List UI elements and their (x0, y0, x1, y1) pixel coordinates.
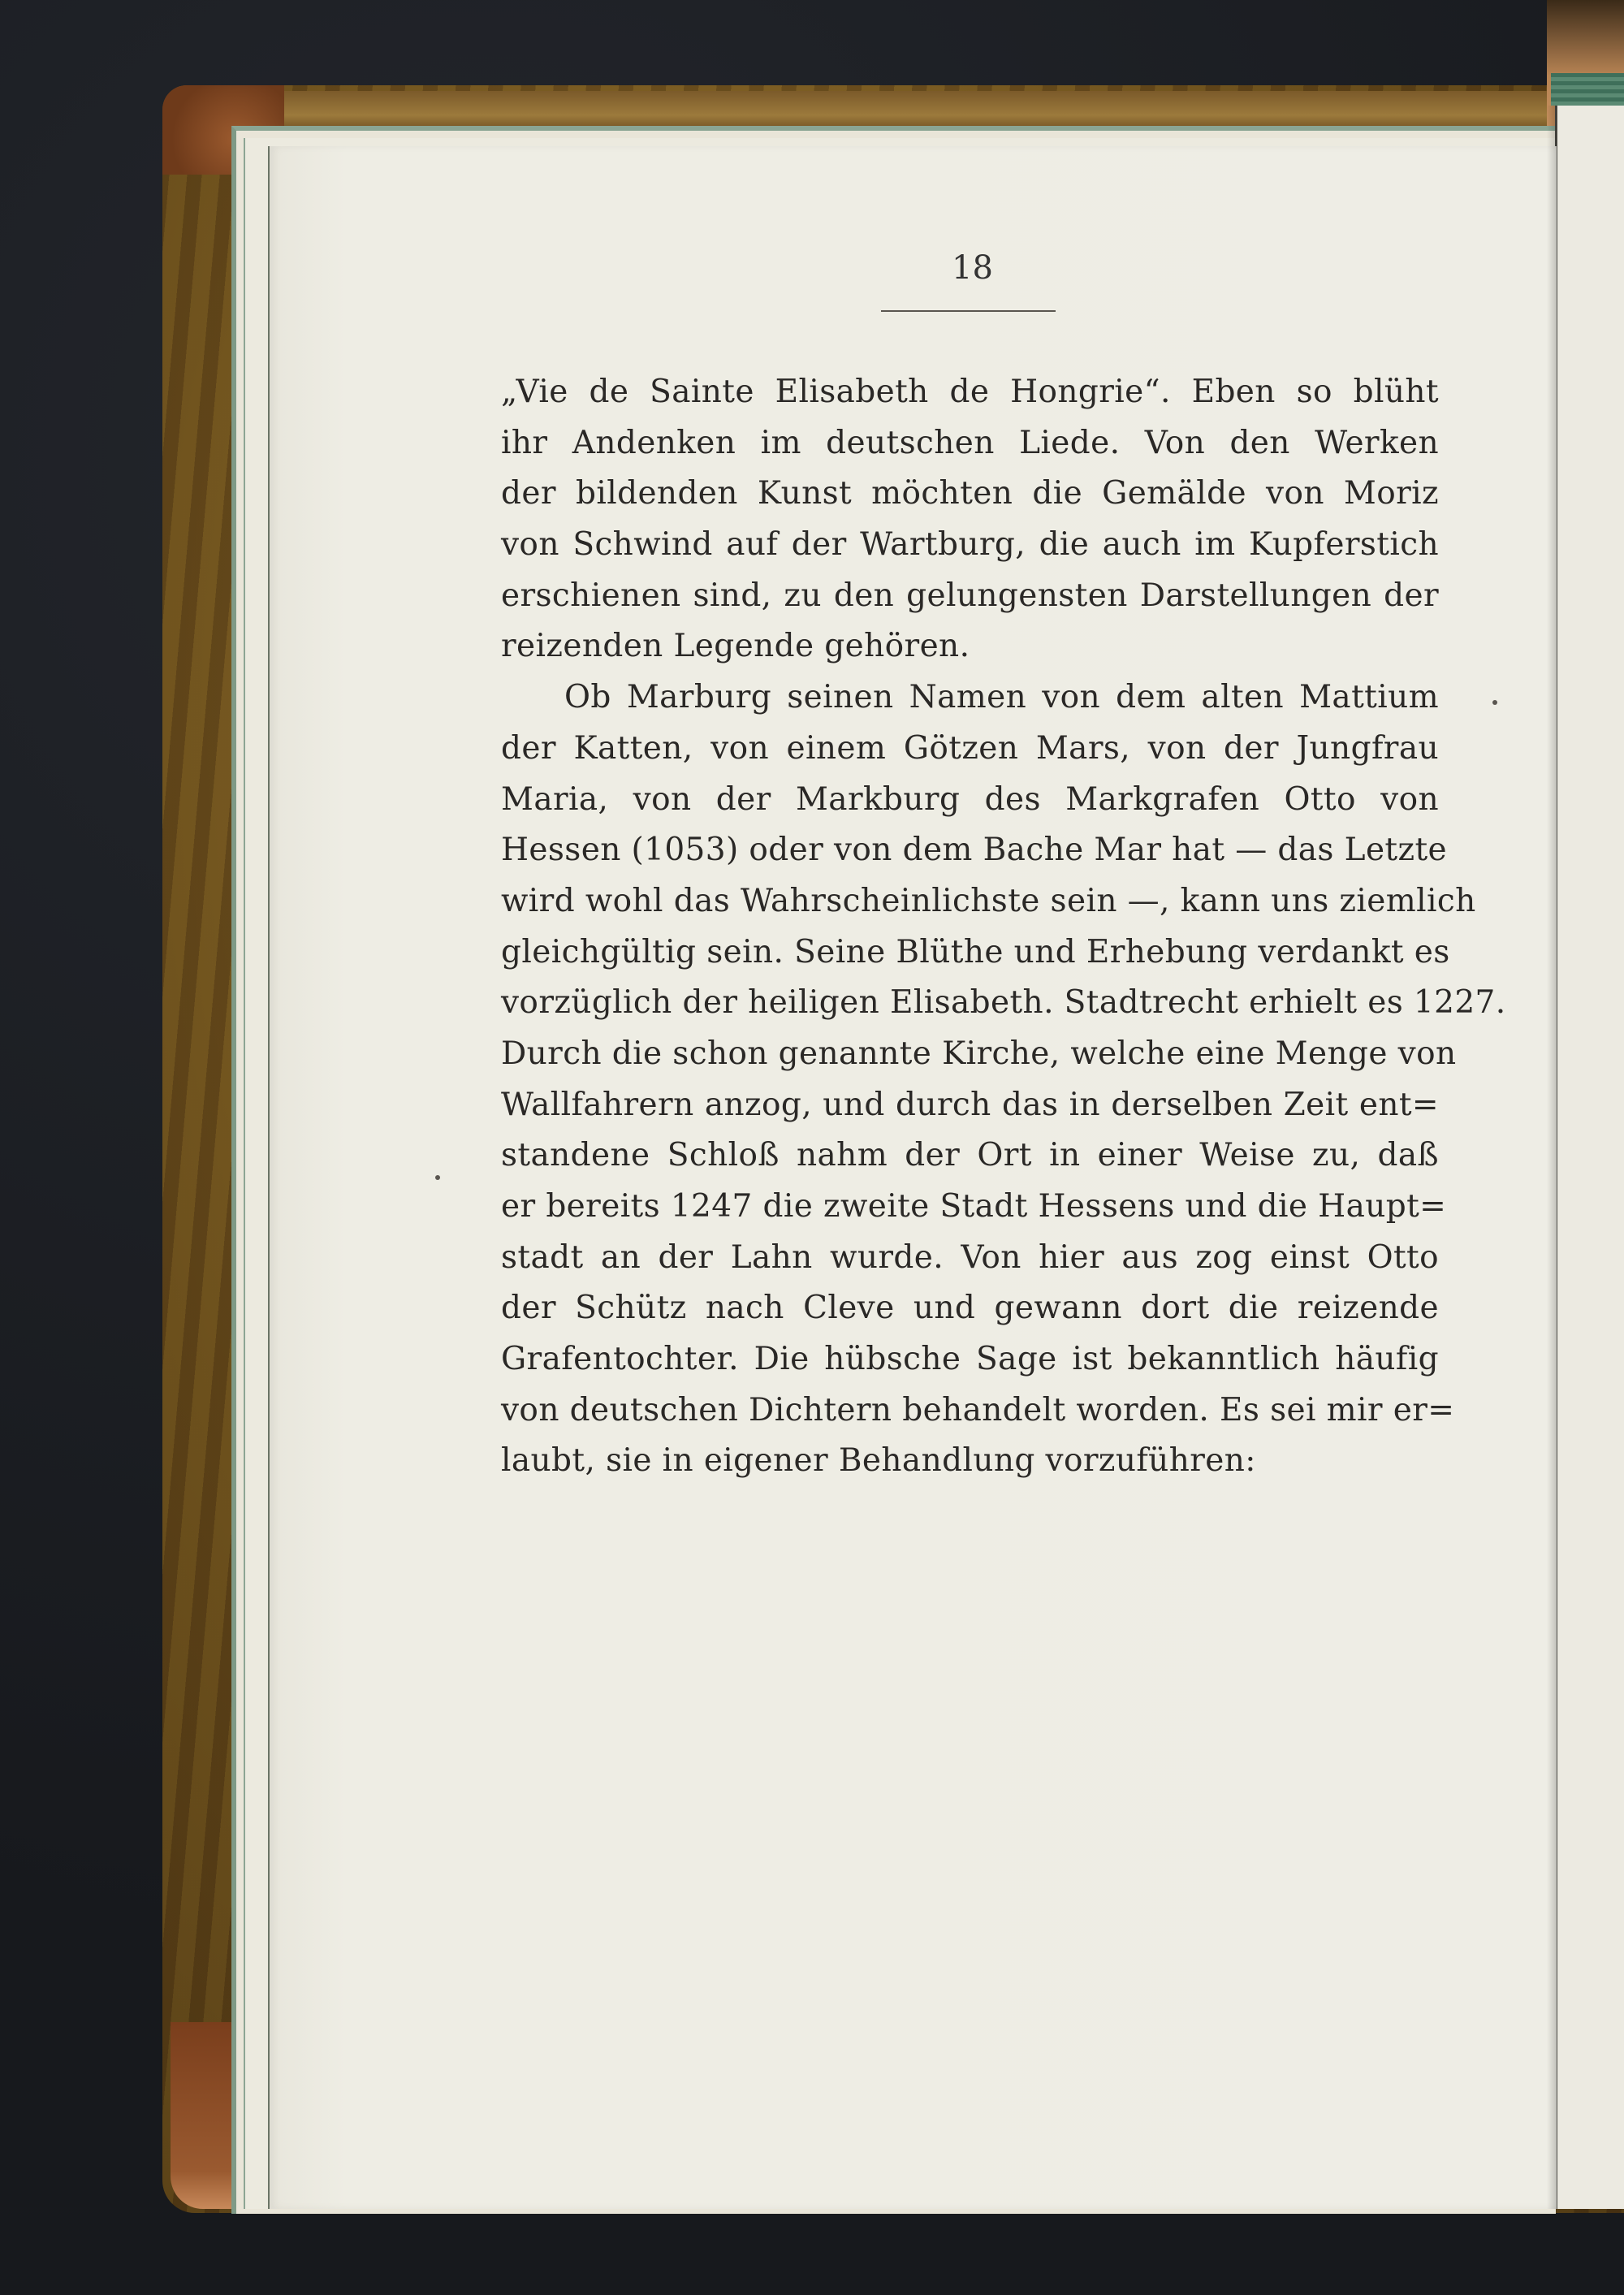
page-header: 18 (881, 252, 1056, 284)
header-rule (881, 310, 1056, 312)
text-line: er bereits 1247 die zweite Stadt Hessens… (501, 1182, 1439, 1233)
text-line: der Schütz nach Cleve und gewann dort di… (501, 1283, 1439, 1334)
paragraph-start-line: Ob Marburg seinen Namen von dem alten Ma… (501, 672, 1439, 724)
text-line: Maria, von der Markburg des Markgrafen O… (501, 775, 1439, 826)
paper-speck (1492, 700, 1497, 705)
text-line: standene Schloß nahm der Ort in einer We… (501, 1130, 1439, 1182)
text-line: der bildenden Kunst möchten die Gemälde … (501, 469, 1439, 520)
next-page-edge (1555, 106, 1624, 2209)
paper-speck (435, 1175, 440, 1180)
text-line: reizenden Legende gehören. (501, 621, 1439, 672)
text-line: stadt an der Lahn wurde. Von hier aus zo… (501, 1233, 1439, 1284)
gutter-shadow (1547, 106, 1557, 2209)
text-line: erschienen sind, zu den gelungensten Dar… (501, 571, 1439, 622)
text-line: Grafentochter. Die hübsche Sage ist beka… (501, 1334, 1439, 1385)
text-line: Hessen (1053) oder von dem Bache Mar hat… (501, 825, 1439, 876)
text-line: Durch die schon genannte Kirche, welche … (501, 1029, 1439, 1080)
text-line: der Katten, von einem Götzen Mars, von d… (501, 724, 1439, 775)
page-edge-green (1551, 73, 1624, 106)
text-line: Wallfahrern anzog, und durch das in ders… (501, 1080, 1439, 1131)
text-line: von deutschen Dichtern behandelt worden.… (501, 1385, 1439, 1437)
text-line: vorzüglich der heiligen Elisabeth. Stadt… (501, 978, 1439, 1029)
text-line: wird wohl das Wahrscheinlichste sein —, … (501, 876, 1439, 927)
text-line: laubt, sie in eigener Behandlung vorzufü… (501, 1436, 1439, 1487)
page-body-text: „Vie de Sainte Elisabeth de Hongrie“. Eb… (501, 367, 1439, 1487)
page-number: 18 (952, 252, 993, 284)
text-line: gleichgültig sein. Seine Blüthe und Erhe… (501, 927, 1439, 979)
text-line: von Schwind auf der Wartburg, die auch i… (501, 520, 1439, 571)
text-line: „Vie de Sainte Elisabeth de Hongrie“. Eb… (501, 367, 1439, 418)
text-line: ihr Andenken im deutschen Liede. Von den… (501, 418, 1439, 469)
